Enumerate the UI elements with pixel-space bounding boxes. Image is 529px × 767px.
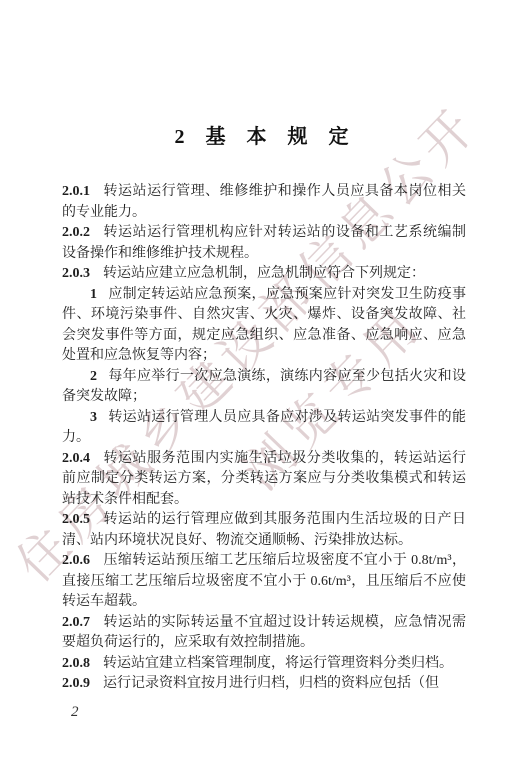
clause-2-0-5: 2.0.5转运站的运行管理应做到其服务范围内生活垃圾的日产日清、站内环境状况良好… <box>62 510 466 551</box>
clause-text: 转运站运行管理、维修维护和操作人员应具备本岗位相关的专业能力。 <box>62 184 466 220</box>
clause-2-0-7: 2.0.7转运站的实际转运量不宜超过设计转运规模，应急情况需要超负荷运行的，应采… <box>62 613 466 654</box>
subitem-2: 2每年应举行一次应急演练，演练内容应至少包括火灾和设备突发故障； <box>62 367 466 408</box>
clause-2-0-2: 2.0.2转运站运行管理机构应针对转运站的设备和工艺系统编制设备操作和维修维护技… <box>62 223 466 264</box>
clause-2-0-9: 2.0.9运行记录资料宜按月进行归档，归档的资料应包括（但 <box>62 674 466 695</box>
page-number: 2 <box>71 704 79 721</box>
clause-2-0-1: 2.0.1转运站运行管理、维修维护和操作人员应具备本岗位相关的专业能力。 <box>62 182 466 223</box>
document-body: 2.0.1转运站运行管理、维修维护和操作人员应具备本岗位相关的专业能力。 2.0… <box>62 182 466 695</box>
subitem-1: 1应制定转运站应急预案，应急预案应针对突发卫生防疫事件、环境污染事件、自然灾害、… <box>62 285 466 367</box>
clause-2-0-3: 2.0.3转运站应建立应急机制，应急机制应符合下列规定： <box>62 264 466 285</box>
clause-2-0-8: 2.0.8转运站宜建立档案管理制度，将运行管理资料分类归档。 <box>62 654 466 675</box>
clause-number: 2.0.4 <box>62 451 90 466</box>
item-number: 1 <box>90 287 97 302</box>
clause-text: 压缩转运站预压缩工艺压缩后垃圾密度不宜小于 0.8t/m³，直接压缩工艺压缩后垃… <box>62 553 466 609</box>
clause-number: 2.0.8 <box>62 656 90 671</box>
clause-text: 转运站的实际转运量不宜超过设计转运规模，应急情况需要超负荷运行的，应采取有效控制… <box>62 615 466 651</box>
clause-number: 2.0.9 <box>62 676 90 691</box>
item-text: 应制定转运站应急预案，应急预案应针对突发卫生防疫事件、环境污染事件、自然灾害、火… <box>62 287 466 364</box>
item-text: 转运站运行管理人员应具备应对涉及转运站突发事件的能力。 <box>62 410 466 446</box>
subitem-3: 3转运站运行管理人员应具备应对涉及转运站突发事件的能力。 <box>62 408 466 449</box>
document-page: 住房城乡建设部信息公开 浏览专用 2 基 本 规 定 2.0.1转运站运行管理、… <box>0 0 529 767</box>
clause-number: 2.0.3 <box>62 266 90 281</box>
chapter-title: 2 基 本 规 定 <box>62 120 466 149</box>
clause-number: 2.0.2 <box>62 225 90 240</box>
clause-number: 2.0.1 <box>62 184 90 199</box>
clause-number: 2.0.7 <box>62 615 90 630</box>
clause-number: 2.0.6 <box>62 553 90 568</box>
clause-text: 转运站服务范围内实施生活垃圾分类收集的，转运站运行前应制定分类转运方案，分类转运… <box>62 451 466 507</box>
clause-text: 转运站应建立应急机制，应急机制应符合下列规定： <box>103 266 425 281</box>
clause-number: 2.0.5 <box>62 512 90 527</box>
clause-text: 转运站宜建立档案管理制度，将运行管理资料分类归档。 <box>103 656 453 671</box>
clause-text: 转运站运行管理机构应针对转运站的设备和工艺系统编制设备操作和维修维护技术规程。 <box>62 225 466 261</box>
clause-2-0-4: 2.0.4转运站服务范围内实施生活垃圾分类收集的，转运站运行前应制定分类转运方案… <box>62 449 466 511</box>
clause-text: 转运站的运行管理应做到其服务范围内生活垃圾的日产日清、站内环境状况良好、物流交通… <box>62 512 466 548</box>
clause-2-0-6: 2.0.6压缩转运站预压缩工艺压缩后垃圾密度不宜小于 0.8t/m³，直接压缩工… <box>62 551 466 613</box>
item-number: 2 <box>90 369 97 384</box>
clause-text: 运行记录资料宜按月进行归档，归档的资料应包括（但 <box>103 676 439 691</box>
item-number: 3 <box>90 410 97 425</box>
item-text: 每年应举行一次应急演练，演练内容应至少包括火灾和设备突发故障； <box>62 369 466 405</box>
